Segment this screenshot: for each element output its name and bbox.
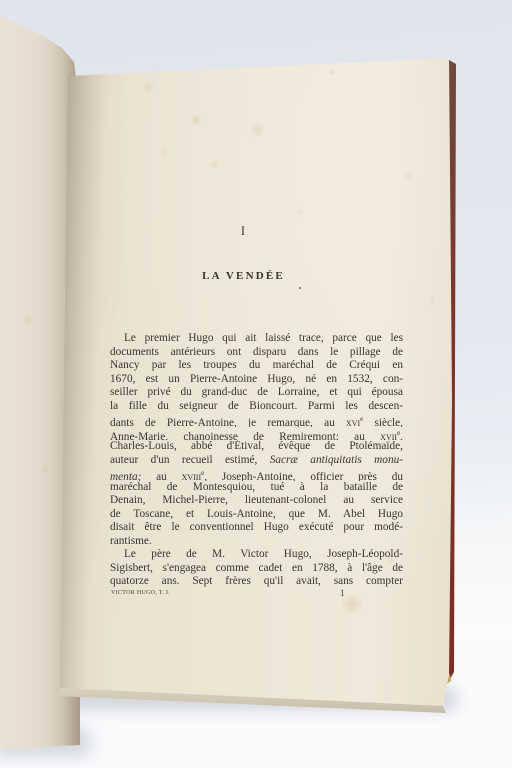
text-line: Nancy par les troupes du maréchal de Cré… xyxy=(110,359,403,373)
text-line: la fille du seigneur de Bioncourt. Parmi… xyxy=(110,400,403,414)
text-line: rantisme. xyxy=(110,535,403,549)
text-line: documents antérieurs ont disparu dans le… xyxy=(110,346,403,360)
text-line: seiller privé du grand-duc de Lorraine, … xyxy=(110,386,403,400)
text-line: 1670, est un Pierre-Antoine Hugo, né en … xyxy=(110,373,403,387)
text-line: disait être le conventionnel Hugo exécut… xyxy=(110,521,403,535)
text-line: de Toscane, et Louis-Antoine, que M. Abe… xyxy=(110,508,403,522)
body-text: Le premier Hugo qui ait laissé trace, pa… xyxy=(110,332,403,589)
text-line: dants de Pierre-Antoine, je remarque, au… xyxy=(110,413,403,427)
text-line: Le père de M. Victor Hugo, Joseph-Léopol… xyxy=(110,548,403,562)
text-line: Anne-Marie, chanoinesse de Remiremont; a… xyxy=(110,427,403,441)
printed-page-text: I LA VENDÉE Le premier Hugo qui ait lais… xyxy=(110,210,403,610)
sheet-number: 1 xyxy=(340,588,345,598)
text-line: auteur d'un recueil estimé, Sacræ antiqu… xyxy=(110,454,403,468)
text-line: Le premier Hugo qui ait laissé trace, pa… xyxy=(110,332,403,346)
text-line: Sigisbert, s'engagea comme cadet en 1788… xyxy=(110,562,403,576)
section-heading: LA VENDÉE xyxy=(97,270,390,282)
text-line: Charles-Louis, abbé d'Étival, évêque de … xyxy=(110,440,403,454)
text-line: Denain, Michel-Pierre, lieutenant-colone… xyxy=(110,494,403,508)
text-line: menta; au xviiie, Joseph-Antoine, offici… xyxy=(110,467,403,481)
text-line: quatorze ans. Sept frères qu'il avait, s… xyxy=(110,575,403,589)
footer-signature: VICTOR HUGO, T. I. xyxy=(111,590,170,596)
chapter-numeral: I xyxy=(97,224,390,239)
text-line: maréchal de Montesquiou, tué à la batail… xyxy=(110,481,403,495)
